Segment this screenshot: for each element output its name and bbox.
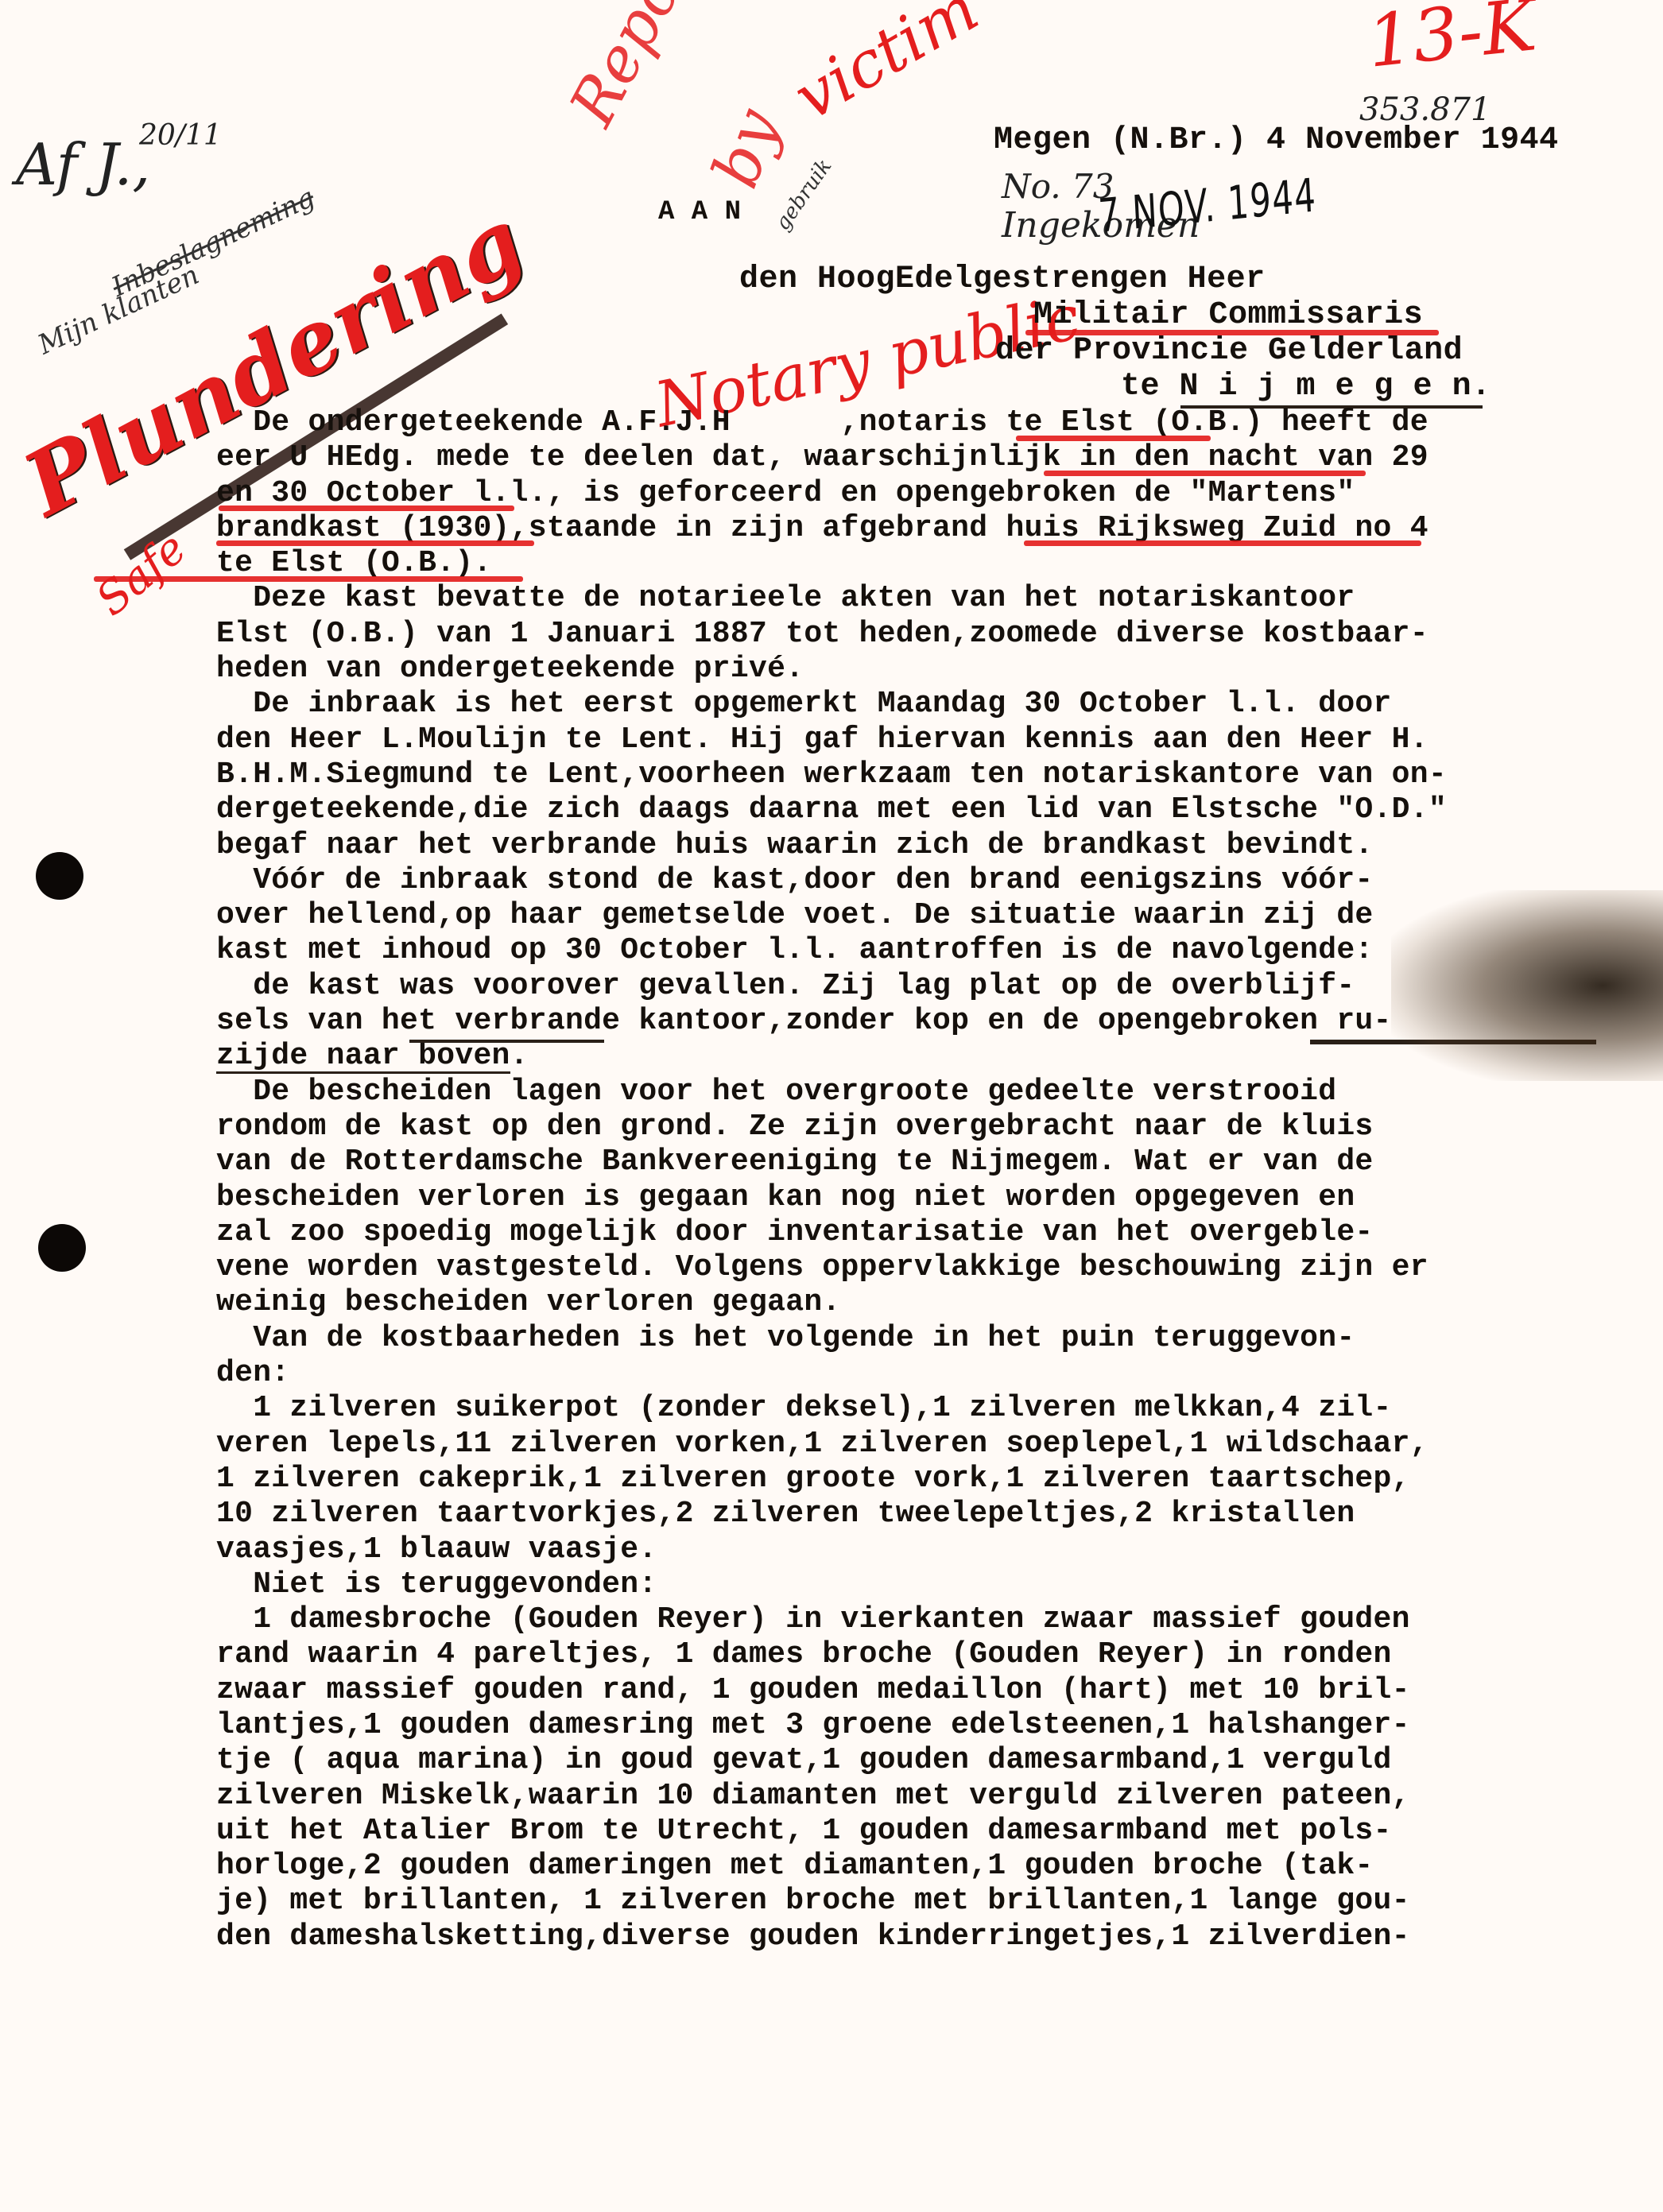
body-line: uit het Atalier Brom te Utrecht, 1 goude…	[216, 1814, 1447, 1849]
body-line: tje ( aqua marina) in goud gevat,1 goude…	[216, 1743, 1447, 1778]
red-note-report: Report	[556, 0, 720, 137]
body-line: De ondergeteekende A.F.J.H ,notaris te E…	[216, 405, 1447, 440]
reference-number: 353.871	[1359, 91, 1490, 128]
body-line: zwaar massief gouden rand, 1 gouden meda…	[216, 1673, 1447, 1708]
body-line: lantjes,1 gouden damesring met 3 groene …	[216, 1708, 1447, 1743]
punch-hole-bottom	[38, 1224, 86, 1272]
body-line: zijde naar boven.	[216, 1039, 1447, 1074]
body-line: vene worden vastgesteld. Volgens oppervl…	[216, 1250, 1447, 1285]
body-line: vaasjes,1 blaauw vaasje.	[216, 1532, 1447, 1567]
body-line: rand waarin 4 pareltjes, 1 dames broche …	[216, 1637, 1447, 1672]
letter-body: De ondergeteekende A.F.J.H ,notaris te E…	[216, 405, 1447, 1954]
red-note-by: by	[698, 99, 793, 196]
body-line: sels van het verbrande kantoor,zonder ko…	[216, 1004, 1447, 1039]
red-note-victim: victim	[781, 0, 990, 134]
pencil-date: 20/11	[139, 119, 222, 152]
body-line: Deze kast bevatte de notarieele akten va…	[216, 581, 1447, 616]
body-line: zal zoo spoedig mogelijk door inventaris…	[216, 1215, 1447, 1250]
underline-zijde	[216, 1071, 510, 1074]
underline-nacht	[1044, 471, 1366, 476]
punch-hole-top	[36, 852, 83, 900]
pencil-note-use: gebruik	[770, 155, 836, 235]
place-date: Megen (N.Br.) 4 November 1944	[994, 123, 1559, 158]
received-date-stamp: 7 NOV. 1944	[1097, 168, 1318, 242]
body-line: Vóór de inbraak stond de kast,door den b…	[216, 863, 1447, 898]
body-line: Niet is teruggevonden:	[216, 1567, 1447, 1602]
body-line: 1 zilveren cakeprik,1 zilveren groote vo…	[216, 1462, 1447, 1497]
ink-smudge	[1391, 890, 1663, 1081]
body-line: bescheiden verloren is gegaan kan nog ni…	[216, 1180, 1447, 1215]
underline-elst	[1016, 436, 1211, 441]
body-line: 1 damesbroche (Gouden Reyer) in vierkant…	[216, 1602, 1447, 1637]
body-line: dergeteekende,die zich daags daarna met …	[216, 792, 1447, 827]
body-line: den dameshalsketting,diverse gouden kind…	[216, 1920, 1447, 1954]
to-label: A A N	[658, 195, 742, 230]
document-page: 13-K Report by victim Af J., 20/11 Inbes…	[0, 0, 1663, 2212]
body-line: de kast was voorover gevallen. Zij lag p…	[216, 969, 1447, 1004]
body-line: 1 zilveren suikerpot (zonder deksel),1 z…	[216, 1391, 1447, 1426]
body-line: De inbraak is het eerst opgemerkt Maanda…	[216, 687, 1447, 722]
pencil-initials: Af J.,	[16, 131, 150, 198]
addressee-line-4: te N i j m e g e n.	[1121, 370, 1491, 405]
underline-zonder-kop	[409, 1040, 604, 1043]
body-line: veren lepels,11 zilveren vorken,1 zilver…	[216, 1427, 1447, 1462]
addressee-line-3: der Provincie Gelderland	[995, 334, 1463, 369]
body-line: den:	[216, 1356, 1447, 1391]
body-line: over hellend,op haar gemetselde voet. De…	[216, 898, 1447, 933]
file-code-annotation: 13-K	[1363, 0, 1540, 84]
addressee-line-1: den HoogEdelgestrengen Heer	[739, 262, 1266, 297]
body-line: rondom de kast op den grond. Ze zijn ove…	[216, 1110, 1447, 1145]
body-line: den Heer L.Moulijn te Lent. Hij gaf hier…	[216, 722, 1447, 757]
body-line: kast met inhoud op 30 October l.l. aantr…	[216, 933, 1447, 968]
body-line: je) met brillanten, 1 zilveren broche me…	[216, 1884, 1447, 1919]
body-line: 10 zilveren taartvorkjes,2 zilveren twee…	[216, 1497, 1447, 1532]
underline-te-elst	[94, 576, 523, 582]
addressee-line-2: Militair Commissaris	[1033, 298, 1423, 333]
body-line: weinig bescheiden verloren gegaan.	[216, 1285, 1447, 1320]
underline-30-october	[219, 506, 514, 511]
body-line: zilveren Miskelk,waarin 10 diamanten met…	[216, 1779, 1447, 1814]
body-line: De bescheiden lagen voor het overgroote …	[216, 1075, 1447, 1110]
body-line: begaf naar het verbrande huis waarin zic…	[216, 828, 1447, 863]
body-line: van de Rotterdamsche Bankvereeniging te …	[216, 1145, 1447, 1180]
body-line: B.H.M.Siegmund te Lent,voorheen werkzaam…	[216, 757, 1447, 792]
underline-rijksweg	[1024, 540, 1421, 546]
body-line: heden van ondergeteekende privé.	[216, 652, 1447, 687]
body-line: horloge,2 gouden dameringen met diamante…	[216, 1849, 1447, 1884]
body-line: Elst (O.B.) van 1 Januari 1887 tot heden…	[216, 617, 1447, 652]
body-line: Van de kostbaarheden is het volgende in …	[216, 1321, 1447, 1356]
underline-brandkast	[216, 540, 534, 546]
